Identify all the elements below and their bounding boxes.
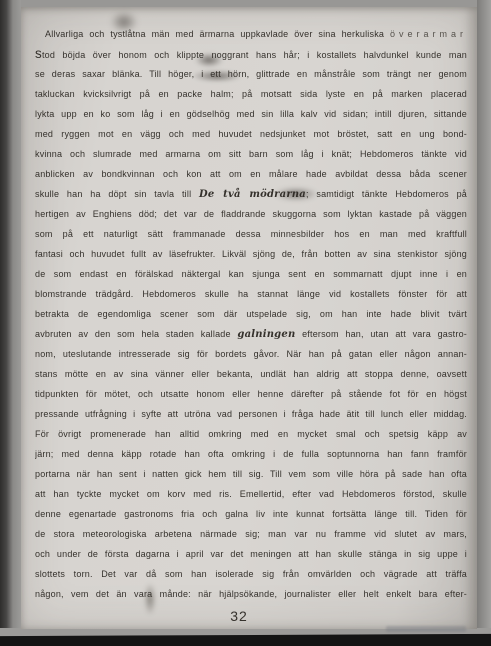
- text-line: anblicken av bondkvinnan och kon att om …: [35, 164, 467, 184]
- text-line: pressande utfrågning i syfte att utröna …: [35, 404, 467, 424]
- text-line: lykta upp en ko som låg i en gödselhög m…: [35, 104, 467, 124]
- text-line: tidpunkten för mötet, och utsatte honom …: [35, 384, 467, 404]
- text-line: För övrigt promenerade han alltid omkrin…: [35, 424, 467, 444]
- text-line: avbruten av den som hela staden kallade …: [35, 324, 467, 344]
- text-line: stod böjda över honom och klippte noggra…: [35, 44, 467, 64]
- text-line: blomstrande trädgård. Hebdomeros skulle …: [35, 284, 467, 304]
- text-line: och under de första dagarna i april var …: [35, 544, 467, 564]
- scan-border-top: [0, 0, 491, 7]
- text-line: portarna när han sent i natten gick hem …: [35, 464, 467, 484]
- text-line: stans mötte en av sina vänner eller beka…: [35, 364, 467, 384]
- emphasized-text: överarmar: [390, 29, 467, 39]
- line-text: eftersom han, utan att vara gastro-: [295, 329, 467, 339]
- text-block: Allvarliga och tystlåtna män med ärmarna…: [35, 24, 467, 624]
- text-line: de stora meteorologiska arbetena närmade…: [35, 524, 467, 544]
- line-text: Allvarliga och tystlåtna män med ärmarna…: [45, 29, 390, 39]
- emphasized-text: galningen: [237, 329, 295, 340]
- scan-bottom-band: [0, 634, 491, 646]
- text-line: skulle han ha döpt sin tavla till De två…: [35, 184, 467, 204]
- text-line: med ryggen mot en vägg och med huvudet n…: [35, 124, 467, 144]
- text-line: de som endast en förälskad näktergal kan…: [35, 264, 467, 284]
- text-line: se deras saxar blänka. Till höger, i ett…: [35, 64, 467, 84]
- text-line: nom, uteslutande intresserade sig för bo…: [35, 344, 467, 364]
- scan-border-right: [477, 0, 491, 646]
- text-line: kvinna och slumrade med armarna om sitt …: [35, 144, 467, 164]
- line-text: ; samtidigt tänkte Hebdomeros på: [306, 189, 467, 199]
- text-line: hertigen av Enghiens död; det var de fla…: [35, 204, 467, 224]
- text-line: slottets torn. Det var då som han isoler…: [35, 564, 467, 584]
- book-page: Allvarliga och tystlåtna män med ärmarna…: [21, 7, 477, 629]
- line-text: avbruten av den som hela staden kallade: [35, 329, 237, 339]
- line-text: skulle han ha döpt sin tavla till: [35, 189, 199, 199]
- text-line: att han tyckte mycket om korv med ris. E…: [35, 484, 467, 504]
- text-line: järn; med denna käpp rotade han ofta omk…: [35, 444, 467, 464]
- page-number: 32: [35, 608, 467, 624]
- text-lines: Allvarliga och tystlåtna män med ärmarna…: [35, 24, 467, 604]
- text-line: Allvarliga och tystlåtna män med ärmarna…: [35, 24, 467, 44]
- text-line: som på ett naturligt sätt frammanade des…: [35, 224, 467, 244]
- text-line: fantasi och huvudet fullt av läsefrukter…: [35, 244, 467, 264]
- text-line: betrakta de egendomliga scener som där u…: [35, 304, 467, 324]
- book-spine-shadow: [0, 0, 21, 646]
- text-line: denne egenartade gastronoms fria och gal…: [35, 504, 467, 524]
- scanned-book-page: Allvarliga och tystlåtna män med ärmarna…: [0, 0, 491, 646]
- text-line: takluckan kvicksilvrigt på en packe halm…: [35, 84, 467, 104]
- text-line: någon, vem det än vara månde: när hjälps…: [35, 584, 467, 604]
- emphasized-text: De två mödrarna: [199, 189, 306, 200]
